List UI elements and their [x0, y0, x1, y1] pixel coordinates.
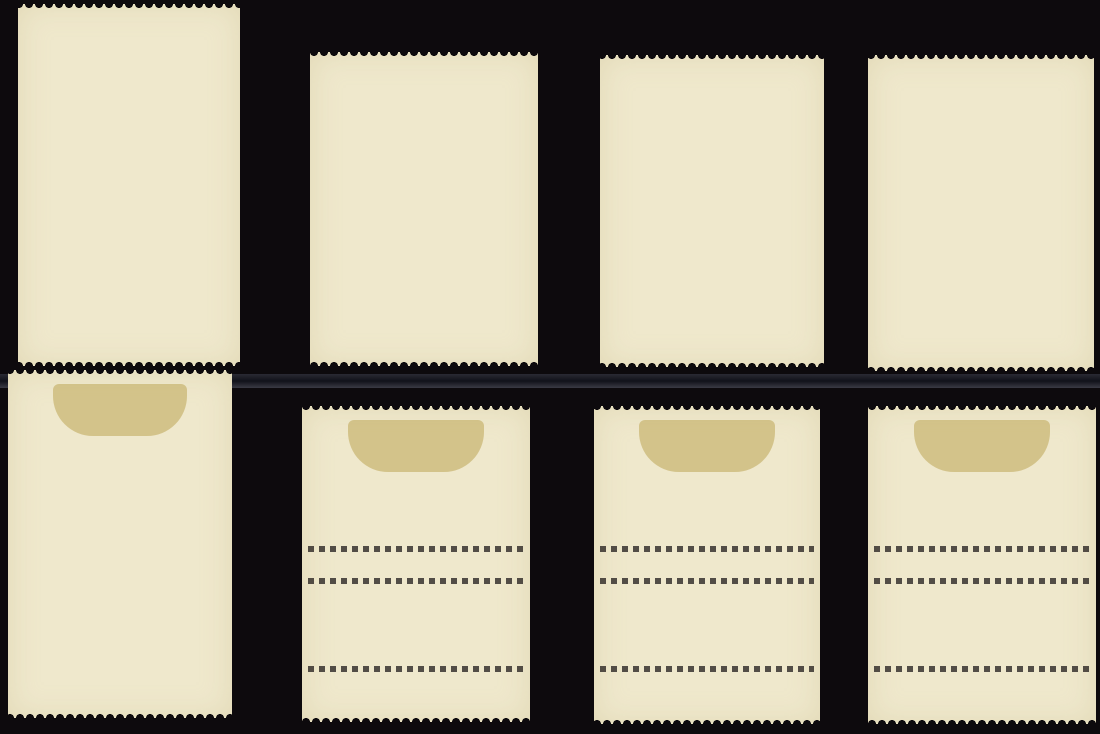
- stamp-back: [8, 370, 232, 718]
- stamp-hinge: [639, 420, 775, 472]
- stamp-back: [302, 406, 530, 722]
- cancellation-mark: [874, 666, 1090, 672]
- cancellation-mark: [600, 546, 814, 552]
- cancellation-mark: [308, 578, 524, 584]
- stamp-back: [868, 55, 1094, 371]
- cancellation-mark: [308, 666, 524, 672]
- stamp-back: [594, 406, 820, 724]
- stamp-hinge: [914, 420, 1051, 472]
- stamp-hinge: [348, 420, 485, 472]
- stamp-back: [18, 4, 240, 366]
- cancellation-mark: [874, 578, 1090, 584]
- cancellation-mark: [874, 546, 1090, 552]
- cancellation-mark: [600, 578, 814, 584]
- stamp-back: [310, 52, 538, 366]
- stamp-back: [600, 55, 824, 367]
- stamp-hinge: [53, 384, 187, 436]
- cancellation-mark: [308, 546, 524, 552]
- cancellation-mark: [600, 666, 814, 672]
- stamp-back: [868, 406, 1096, 724]
